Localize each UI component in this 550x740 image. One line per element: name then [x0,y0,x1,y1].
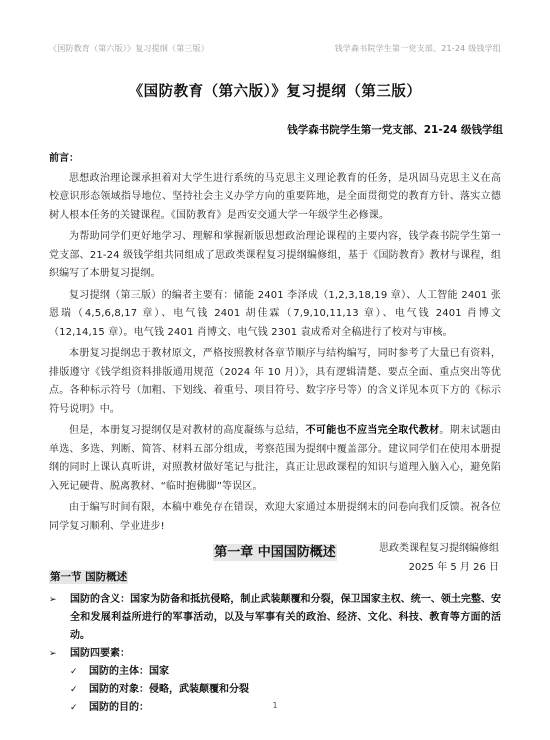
preface: 前言： 思想政治理论课承担着对大学生进行系统的马克思主义理论教育的任务，是巩固马… [49,150,501,577]
preface-paragraph: 但是，本册复习提纲仅是对教材的高度凝练与总结，不可能也不应当完全取代教材。期末试… [49,422,501,496]
chapter-title-text: 第一章 中国国防概述 [213,544,337,561]
checkmark-bullet-icon: ✓ [70,663,78,681]
running-header: 《国防教育（第六版）》复习提纲（第三版） 钱学森书院学生第一党支部、21-24 … [49,41,501,55]
preface-paragraph: 本册复习提纲忠于教材原文，严格按照教材各章节顺序与结构编写，同时参考了大量已有资… [49,345,501,419]
bold-emphasis: 不可能也不应当完全取代教材 [306,425,440,436]
running-header-left: 《国防教育（第六版）》复习提纲（第三版） [49,43,209,54]
paragraph-text: 但是，本册复习提纲仅是对教材的高度凝练与总结， [69,425,306,436]
outline-item-text: 国防的含义：国家为防备和抵抗侵略，制止武装颠覆和分裂，保卫国家主权、统一、领土完… [70,594,501,641]
outline-subitem-text: 国防的对象：侵略，武装颠覆和分裂 [89,684,249,695]
preface-paragraph: 由于编写时间有限，本稿中难免存在错误，欢迎大家通过本册提纲末的问卷向我们反馈。祝… [49,499,501,536]
arrow-bullet-icon: ➢ [49,591,57,609]
outline-subitem: ✓ 国防的主体：国家 [49,663,501,681]
arrow-bullet-icon: ➢ [49,645,57,663]
running-header-right: 钱学森书院学生第一党支部、21-24 级钱学组 [335,43,501,54]
preface-paragraph: 为帮助同学们更好地学习、理解和掌握新版思想政治理论课程的主要内容，钱学森书院学生… [49,228,501,284]
preface-paragraph: 复习提纲（第三版）的编者主要有：储能 2401 李泽成（1,2,3,18,19 … [49,287,501,343]
section-title: 第一节 国防概述 [49,569,128,584]
preface-paragraph: 思想政治理论课承担着对大学生进行系统的马克思主义理论教育的任务，是巩固马克思主义… [49,170,501,226]
outline-item: ➢ 国防四要素： [49,645,501,663]
author-line: 钱学森书院学生第一党支部、21-24 级钱学组 [287,122,503,137]
page-number: 1 [0,701,550,710]
checkmark-bullet-icon: ✓ [70,681,78,699]
outline-item-text: 国防四要素： [70,648,130,659]
document-page: 《国防教育（第六版）》复习提纲（第三版） 钱学森书院学生第一党支部、21-24 … [0,0,550,740]
preface-label: 前言： [49,150,501,169]
chapter-title: 第一章 中国国防概述 [0,541,550,560]
outline-subitem-text: 国防的主体：国家 [89,666,169,677]
section-title-text: 第一节 国防概述 [49,570,128,584]
outline-list: ➢ 国防的含义：国家为防备和抵抗侵略，制止武装颠覆和分裂，保卫国家主权、统一、领… [49,591,501,717]
document-title: 《国防教育（第六版）》复习提纲（第三版） [0,80,550,101]
outline-item: ➢ 国防的含义：国家为防备和抵抗侵略，制止武装颠覆和分裂，保卫国家主权、统一、领… [49,591,501,645]
outline-subitem: ✓ 国防的对象：侵略，武装颠覆和分裂 [49,681,501,699]
